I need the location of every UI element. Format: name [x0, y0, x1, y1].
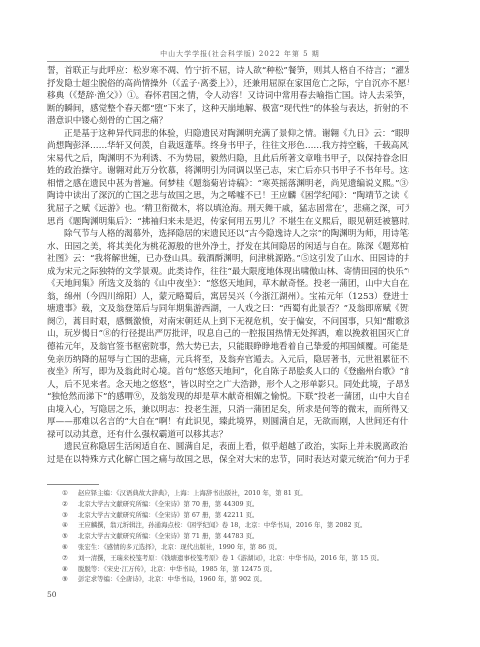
body-line: 夜坐》所写，即为及翁此时心境。首句“悠悠天地间”，化自陈子昂脍炙人口的《登幽州台… [47, 366, 409, 379]
body-line: 社图》云：“我将解世缠，已办登山具。载酒酹渊明，问津桃源路。”⑤这引发了山水、田… [47, 253, 409, 266]
body-line: “独怆然而涕下”的感喟⑨，及翁发现的却是草木献奇相媚之愉悦。下联“投老一蒲团，山… [47, 391, 409, 404]
body-line: 除气节与人格的渴慕外，选择隐居的宋遗民还以“古今隐逸诗人之宗”的陶渊明为师，用诗… [47, 228, 409, 241]
body-line: 姓的政治操守。谢翱对此万分钦慕，将渊明引为同调以坚己志，宋亡后亦只书甲子不书年号… [47, 165, 409, 178]
footnote-text: 彭定求等编：《全唐诗》，北京：中华书局，1960 年，第 902 页。 [78, 575, 266, 583]
footnote: ③北京大学古文献研究所编：《全宋诗》第 67 册，第 42211 页。 [62, 510, 412, 521]
body-line: 遗民宣称隐居生活闲适自在、圆满自足，表面上看，似乎超越了政治，实际上并未脱离政治… [47, 441, 409, 454]
footnote: ⑨彭定求等编：《全唐诗》，北京：中华书局，1960 年，第 902 页。 [62, 574, 412, 585]
body-line: 禄可以动其意，还有什么强权霸道可以移其志？ [47, 429, 409, 442]
footnote: ④王应麟撰，翁元圻辑注，孙通海点校：《困学纪闻》卷 18，北京：中华书局，201… [62, 520, 412, 531]
journal-page: 中山大学学报(社会科学版) 2022 年第 5 期 誓，首联正与此呼应：松岁寒不… [0, 0, 480, 647]
footnote-text: 脱脱等：《宋史·江万传》，北京：中华书局，1985 年，第 12475 页。 [78, 565, 276, 573]
footnote-text: 北京大学古文献研究所编：《全宋诗》第 71 册，第 44783 页。 [78, 532, 258, 540]
body-line: 山，玩岁愒日”⑧的行径提出严厉批评，叹息自己的一腔报国热情无处挥洒，难以挽救祖国… [47, 328, 409, 341]
body-line: 思肖《题陶渊明集后》：“拂袖归来未是迟，传家何用五男儿？不堪生在义熙后，眼见朝廷… [47, 216, 409, 229]
footnote-number: ⑨ [62, 574, 78, 585]
body-line: 尚想陶彭泽……华轩又何羡，自栽返蓬荜。终身书甲子，往往文形色……我方持空觞，千载… [47, 140, 409, 153]
header-rule [47, 61, 409, 62]
running-header: 中山大学学报(社会科学版) 2022 年第 5 期 [0, 49, 480, 59]
article-body: 誓，首联正与此呼应：松岁寒不凋、竹宁折不屈，诗人欲“种松”餐笋，则其人格自不待言… [47, 65, 409, 467]
body-line: 翁，绵州（今四川绵阳）人，蒙元略蜀后，寓居吴兴（今浙江湖州）。宝祐元年（1253… [47, 291, 409, 304]
footnote-text: 北京大学古文献研究所编：《全宋诗》第 67 册，第 42211 页。 [78, 511, 258, 519]
body-line: 德祐元年，及翁官签书枢密院事，然大势已去，只能眼睁睁地看着自己挚爱的邦国倾覆。可… [47, 341, 409, 354]
footnote-text: 王应麟撰，翁元圻辑注，孙通海点校：《困学纪闻》卷 18，北京：中华书局，2016… [78, 521, 366, 529]
body-line: 《天地间集》所选文及翁的《山中夜坐》：“悠悠天地间，草木献奇怪。投老一蒲团，山中… [47, 278, 409, 291]
body-line: 断的瞬间，感觉整个春天都“堕”下来了，这种天崩地解、极富“现代性”的体验与表达，… [47, 103, 409, 116]
body-line: 阕⑦，蒿目时艰，感慨激愤，对南宋朝廷从上到下无视危机，安于偏安，不问国事，只知“… [47, 316, 409, 329]
footnote-number: ② [62, 499, 78, 510]
body-line: 免亲历纳降的屈辱与亡国的悲痛，元兵将至，及翁弃官遁去。入元后，隐居著书，元世祖累… [47, 354, 409, 367]
footnote-text: 北京大学古文献研究所编：《全宋诗》第 70 册，第 44309 页。 [78, 500, 258, 508]
body-line: 成为宋元之际独特的文学景观。此类诗作，往往“最大限度地体现出啸傲山林、寄情田园的… [47, 266, 409, 279]
body-line: 过是在以特殊方式化解亡国之痛与故国之思，保全对大宋的忠节，同时表达对蒙元统治“何… [47, 454, 409, 467]
footnote-rule [47, 484, 99, 485]
footnote: ①赵应铎主编：《汉语典故大辞典》，上海：上海辞书出版社，2010 年，第 81 … [62, 488, 412, 499]
footnote-text: 赵应铎主编：《汉语典故大辞典》，上海：上海辞书出版社，2010 年，第 81 页… [78, 489, 307, 497]
body-line: 抒发隐士超尘脱俗的高尚情操外（《孟子·离娄上》），还兼用屈原在家国危亡之际，宁自… [47, 78, 409, 91]
footnote-text: 刘一清撰，王瑞来校笺考原：《钱塘遗事校笺考原》卷 1《游湖词》，北京：中华书局，… [78, 554, 383, 562]
body-line: 由境入心，写隐居之乐，兼以明志：投老生涯，只消一蒲团足矣，所求是何等的微末，而所… [47, 404, 409, 417]
footnote-number: ③ [62, 510, 78, 521]
body-line: 犹屈子之赋《远游》也。‘精卫衔微木，将以填沧海。刑天舞干戚，猛志固常在’，悲痛之… [47, 203, 409, 216]
footnote-number: ⑧ [62, 564, 78, 575]
body-line: 塘遗事》载，文及翁登第后与同年期集游西湖，一人戏之曰：“西蜀有此景否？”及翁即席… [47, 303, 409, 316]
footnote: ⑥张宏生：《感情的多元选择》，北京：现代出版社，1990 年，第 86 页。 [62, 542, 412, 553]
footnotes: ①赵应铎主编：《汉语典故大辞典》，上海：上海辞书出版社，2010 年，第 81 … [62, 488, 412, 585]
footnote-number: ⑦ [62, 553, 78, 564]
body-line: 水、田园之美，将其美化为桃花源般的世外净土，抒发在其间隐居的闲适与自在。陈深《题… [47, 241, 409, 254]
footnote: ⑧脱脱等：《宋史·江万传》，北京：中华书局，1985 年，第 12475 页。 [62, 564, 412, 575]
body-line: 厚——那难以名言的“大自在”啊！有此识见，臻此境界，则圆满自足，无欲而刚，人世间… [47, 416, 409, 429]
footnote-number: ⑥ [62, 542, 78, 553]
footnote-number: ⑤ [62, 531, 78, 542]
footnote: ⑤北京大学古文献研究所编：《全宋诗》第 71 册，第 44783 页。 [62, 531, 412, 542]
body-line: 移典（《楚辞·渔父》）①。春怀君国之情，令人动容！又诗词中常用春去喻指亡国。诗人… [47, 90, 409, 103]
body-line: 潜意识中镂心刻骨的亡国之痛？ [47, 115, 409, 128]
body-line: 人，后不见来者。念天地之悠悠”，皆以时空之广大浩渺，形个人之形单影只。同处此境，… [47, 379, 409, 392]
body-line: 誓，首联正与此呼应：松岁寒不凋、竹宁折不屈，诗人欲“种松”餐笋，则其人格自不待言… [47, 65, 409, 78]
footnote-text: 张宏生：《感情的多元选择》，北京：现代出版社，1990 年，第 86 页。 [78, 543, 281, 551]
body-line: 宋易代之后，陶渊明不为利诱、不为势屈，毅然归隐，且此后所著文章唯书甲子，以保持眷… [47, 153, 409, 166]
footnote: ②北京大学古文献研究所编：《全宋诗》第 70 册，第 44309 页。 [62, 499, 412, 510]
body-line: 正是基于这种异代同悲的体验，归隐遗民对陶渊明充满了景仰之情。谢翱《九日》云：“眼… [47, 128, 409, 141]
body-line: 相惜之感在遗民中甚为普遍。何梦桂《题翁菊岩诗稿》：“寒英摇落渊明老，尚见遗编说义… [47, 178, 409, 191]
footnote: ⑦刘一清撰，王瑞来校笺考原：《钱塘遗事校笺考原》卷 1《游湖词》，北京：中华书局… [62, 553, 412, 564]
footnote-number: ④ [62, 520, 78, 531]
body-line: 陶诗中读出了深沉的亡国之悲与故国之思，为之唏嘘不已！王应麟《困学纪闻》：“陶靖节… [47, 190, 409, 203]
page-number: 50 [47, 590, 57, 599]
footnote-number: ① [62, 488, 78, 499]
